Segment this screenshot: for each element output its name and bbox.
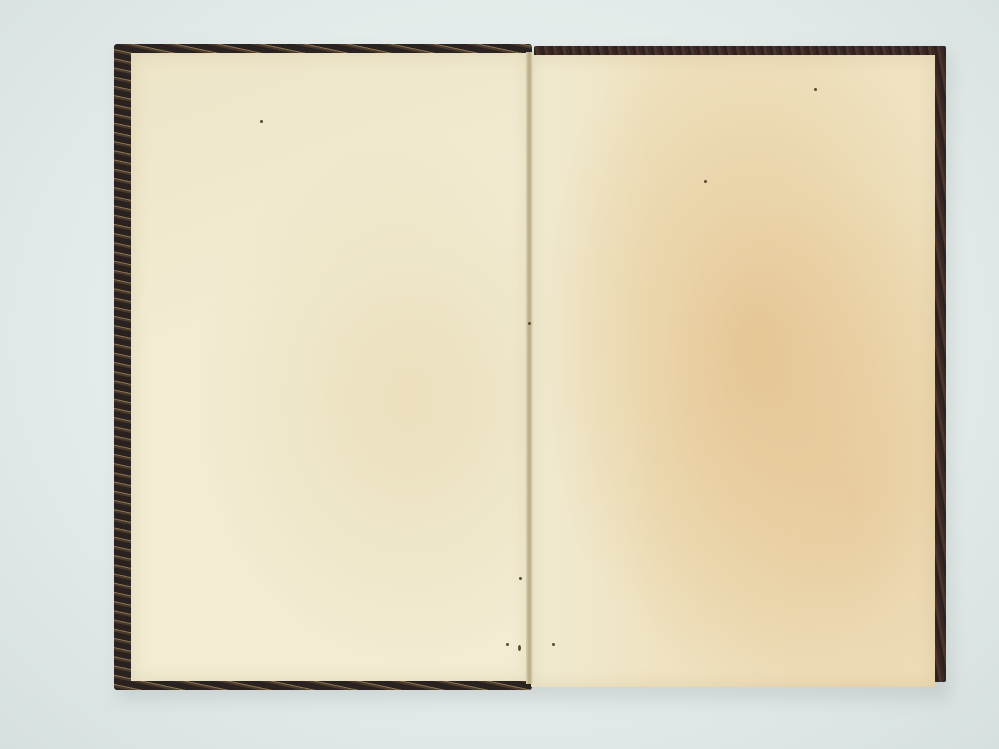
foxing-spot bbox=[552, 643, 555, 646]
foxing-spot bbox=[528, 322, 531, 325]
left-endpaper-page bbox=[131, 53, 529, 681]
book-gutter bbox=[526, 52, 533, 684]
foxing-spot bbox=[704, 180, 707, 183]
foxing-spot bbox=[260, 120, 263, 123]
foxing-spot bbox=[518, 645, 521, 651]
right-flyleaf-page-foxed bbox=[531, 55, 935, 687]
book-photo bbox=[0, 0, 999, 749]
foxing-spot bbox=[519, 577, 522, 580]
foxing-spot bbox=[506, 643, 509, 646]
foxing-spot bbox=[814, 88, 817, 91]
